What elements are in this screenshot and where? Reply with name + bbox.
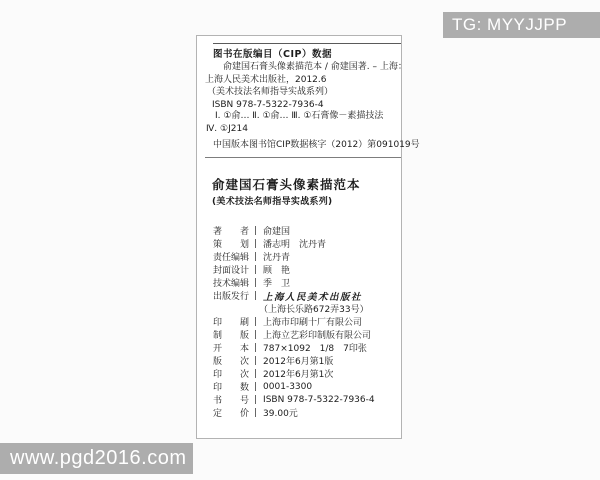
book-title: 俞建国石膏头像素描范本: [212, 175, 361, 193]
colophon-row-separator: |: [249, 226, 263, 236]
colophon-row-separator: |: [249, 239, 263, 249]
colophon-row-value: 0001-3300: [263, 382, 312, 392]
colophon-row-value: （上海长乐路672弄33号）: [249, 302, 369, 315]
classification-line: Ⅰ. ①俞… Ⅱ. ①俞… Ⅲ. ①石膏像－素描技法: [206, 110, 383, 123]
colophon-row-separator: |: [249, 395, 263, 405]
colophon-row: 印数 | 0001-3300: [213, 380, 399, 393]
colophon-row-label: 印刷: [213, 315, 249, 328]
colophon-row-value: 上海市印刷十厂有限公司: [263, 315, 362, 328]
colophon-row-label: 封面设计: [213, 263, 249, 276]
colophon-row-separator: |: [249, 278, 263, 288]
colophon-row: 策划 | 潘志明 沈丹青: [213, 237, 399, 250]
colophon-row-separator: |: [249, 408, 263, 418]
colophon-row-value: 沈丹青: [263, 250, 290, 263]
colophon-row: | （上海长乐路672弄33号）: [213, 302, 399, 315]
colophon-row-label: 印数: [213, 380, 249, 393]
colophon-row-label: 定价: [213, 406, 249, 419]
colophon-row-label: 著者: [213, 224, 249, 237]
bottom-left-watermark: www.pgd2016.com: [0, 443, 193, 474]
colophon-row-label: 书号: [213, 393, 249, 406]
colophon-row: 责任编辑 | 沈丹青: [213, 250, 399, 263]
cip-line: 俞建国石膏头像素描范本 / 俞建国著. – 上海：: [205, 61, 407, 74]
colophon-rows: 著者 | 俞建国 策划 | 潘志明 沈丹青 责任编辑 | 沈丹青 封面设计 | …: [213, 224, 399, 419]
cip-heading: 图书在版编目（CIP）数据: [213, 46, 332, 60]
colophon-row-label: 印次: [213, 367, 249, 380]
colophon-row: 印次 | 2012年6月第1次: [213, 367, 399, 380]
colophon-row-value: 季 卫: [263, 276, 290, 289]
colophon-row-label: 责任编辑: [213, 250, 249, 263]
colophon-row-value: 顾 艳: [263, 263, 290, 276]
colophon-row-value: ISBN 978-7-5322-7936-4: [263, 395, 375, 405]
section-divider-rule: [205, 157, 401, 158]
colophon-row-value: 2012年6月第1版: [263, 354, 333, 367]
colophon-row-separator: |: [249, 382, 263, 392]
colophon-row: 著者 | 俞建国: [213, 224, 399, 237]
colophon-row-separator: |: [249, 356, 263, 366]
colophon-row-label: 版次: [213, 354, 249, 367]
colophon-row-value: 潘志明 沈丹青: [263, 237, 326, 250]
colophon-row-label: 策划: [213, 237, 249, 250]
colophon-row: 出版发行 | 上海人民美术出版社: [213, 289, 399, 302]
colophon-row: 定价 | 39.00元: [213, 406, 399, 419]
cip-record-number: 中国版本图书馆CIP数据核字（2012）第091019号: [213, 137, 420, 150]
colophon-row-value: 上海立艺彩印制版有限公司: [263, 328, 371, 341]
colophon-row-separator: |: [249, 369, 263, 379]
colophon-row: 印刷 | 上海市印刷十厂有限公司: [213, 315, 399, 328]
colophon-row-separator: |: [249, 330, 263, 340]
colophon-row: 版次 | 2012年6月第1版: [213, 354, 399, 367]
cip-top-rule: [213, 43, 401, 44]
colophon-row: 制版 | 上海立艺彩印制版有限公司: [213, 328, 399, 341]
colophon-row: 开本 | 787×1092 1/8 7印张: [213, 341, 399, 354]
cip-line: （美术技法名师指导实战系列）: [205, 86, 407, 99]
copyright-page: 图书在版编目（CIP）数据 俞建国石膏头像素描范本 / 俞建国著. – 上海： …: [196, 35, 402, 439]
colophon-row: 书号 | ISBN 978-7-5322-7936-4: [213, 393, 399, 406]
colophon-row-value: 787×1092 1/8 7印张: [263, 341, 367, 354]
colophon-row-label: 制版: [213, 328, 249, 341]
colophon-row-separator: |: [249, 265, 263, 275]
colophon-row-value: 俞建国: [263, 224, 290, 237]
colophon-row-value: 上海人民美术出版社: [263, 289, 362, 303]
colophon-row-separator: |: [249, 317, 263, 327]
series-title: (美术技法名师指导实战系列): [212, 194, 332, 207]
colophon-row: 技术编辑 | 季 卫: [213, 276, 399, 289]
top-right-tag-watermark: TG: MYYJJPP: [443, 12, 600, 38]
cip-description: 俞建国石膏头像素描范本 / 俞建国著. – 上海： 上海人民美术出版社，2012…: [205, 61, 407, 111]
colophon-row-separator: |: [249, 291, 263, 301]
colophon-row-separator: |: [249, 343, 263, 353]
colophon-row-label: 开本: [213, 341, 249, 354]
cip-classification: Ⅰ. ①俞… Ⅱ. ①俞… Ⅲ. ①石膏像－素描技法 Ⅳ. ①J214: [206, 110, 383, 135]
colophon-row-value: 2012年6月第1次: [263, 367, 333, 380]
cip-line: 上海人民美术出版社，2012.6: [205, 74, 407, 87]
classification-line: Ⅳ. ①J214: [206, 123, 383, 136]
colophon-row-separator: |: [249, 252, 263, 262]
colophon-row: 封面设计 | 顾 艳: [213, 263, 399, 276]
colophon-row-value: 39.00元: [263, 406, 298, 419]
colophon-row-label: 技术编辑: [213, 276, 249, 289]
colophon-row-label: 出版发行: [213, 289, 249, 302]
